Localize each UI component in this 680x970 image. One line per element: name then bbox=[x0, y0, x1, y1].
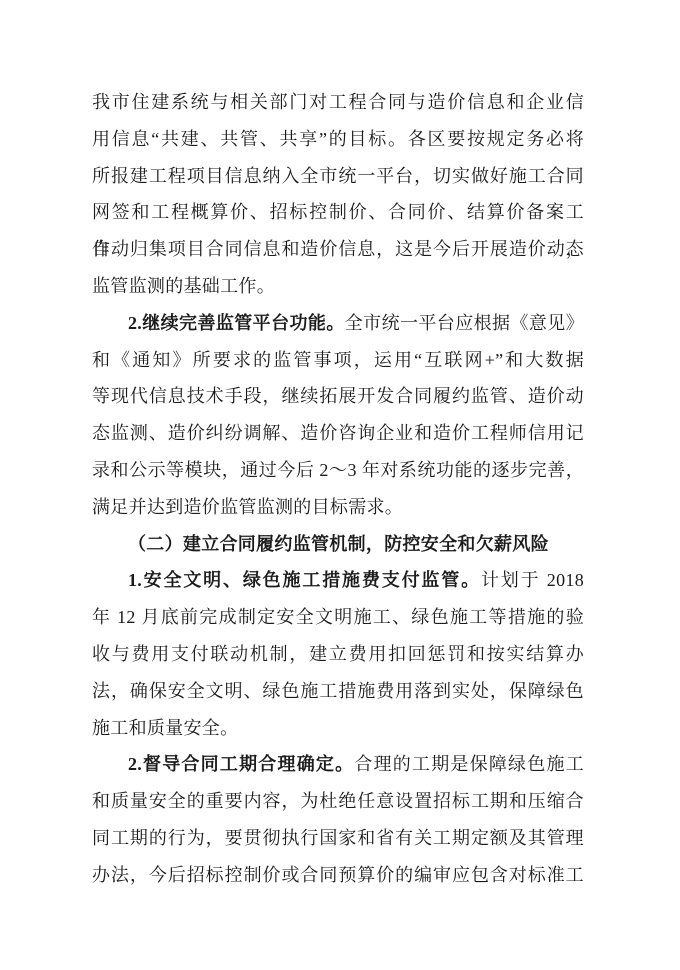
text-run: 办法，今后招标控制价或合同预算价的编审应包含对标准工 bbox=[92, 865, 584, 885]
text-run: 全市统一平台应根据《意见》 bbox=[345, 313, 584, 333]
text-line-12-paragraph-end: 满足并达到造价监管监测的目标需求。 bbox=[92, 489, 584, 526]
paragraph-lead-bold: 1.安全文明、绿色施工措施费支付监管。 bbox=[128, 570, 481, 590]
text-line-11: 录和公示等模块，通过今后 2～3 年对系统功能的逐步完善， bbox=[92, 452, 584, 489]
text-run: 等现代信息技术手段，继续拓展开发合同履约监管、造价动 bbox=[92, 386, 584, 406]
text-run: 和《通知》所要求的监管事项，运用“互联网+”和大数据 bbox=[92, 350, 584, 370]
text-line-21: 同工期的行为，要贯彻执行国家和省有关工期定额及其管理 bbox=[92, 820, 584, 857]
text-run: 用信息“共建、共管、共享”的目标。各区要按规定务必将 bbox=[92, 129, 584, 149]
text-run: 所报建工程项目信息纳入全市统一平台，切实做好施工合同 bbox=[92, 166, 584, 186]
text-line-9: 等现代信息技术手段，继续拓展开发合同履约监管、造价动 bbox=[92, 378, 584, 415]
text-line-1: 我市住建系统与相关部门对工程合同与造价信息和企业信 bbox=[92, 84, 584, 121]
text-line-17: 法，确保安全文明、绿色施工措施费用落到实处，保障绿色 bbox=[92, 673, 584, 710]
text-run: 合理的工期是保障绿色施工 bbox=[354, 754, 584, 774]
text-line-7-paragraph-start: 2.继续完善监管平台功能。全市统一平台应根据《意见》 bbox=[92, 305, 584, 342]
text-run: 年 12 月底前完成制定安全文明施工、绿色施工等措施的验 bbox=[92, 607, 584, 627]
text-run: 法，确保安全文明、绿色施工措施费用落到实处，保障绿色 bbox=[92, 681, 584, 701]
text-line-18-paragraph-end: 施工和质量安全。 bbox=[92, 710, 584, 747]
text-line-14-paragraph-start: 1.安全文明、绿色施工措施费支付监管。计划于 2018 bbox=[92, 562, 584, 599]
text-line-2: 用信息“共建、共管、共享”的目标。各区要按规定务必将 bbox=[92, 121, 584, 158]
text-run: 和质量安全的重要内容，为杜绝任意设置招标工期和压缩合 bbox=[92, 791, 584, 811]
text-run: 我市住建系统与相关部门对工程合同与造价信息和企业信 bbox=[92, 92, 584, 112]
text-run: 同工期的行为，要贯彻执行国家和省有关工期定额及其管理 bbox=[92, 828, 584, 848]
paragraph-lead-bold: 2.继续完善监管平台功能。 bbox=[128, 313, 345, 333]
text-run: 施工和质量安全。 bbox=[92, 718, 238, 738]
text-run: 计划于 2018 bbox=[481, 570, 584, 590]
text-line-10: 态监测、造价纠纷调解、造价咨询企业和造价工程师信用记 bbox=[92, 415, 584, 452]
section-heading: （二）建立合同履约监管机制，防控安全和欠薪风险 bbox=[92, 526, 584, 563]
text-run: 满足并达到造价监管监测的目标需求。 bbox=[92, 497, 403, 517]
text-line-8: 和《通知》所要求的监管事项，运用“互联网+”和大数据 bbox=[92, 342, 584, 379]
document-body: 我市住建系统与相关部门对工程合同与造价信息和企业信 用信息“共建、共管、共享”的… bbox=[92, 84, 584, 894]
text-run: 监管监测的基础工作。 bbox=[92, 276, 275, 296]
text-line-16: 收与费用支付联动机制，建立费用扣回惩罚和按实结算办 bbox=[92, 636, 584, 673]
text-line-19-paragraph-start: 2.督导合同工期合理确定。合理的工期是保障绿色施工 bbox=[92, 746, 584, 783]
text-line-6-paragraph-end: 监管监测的基础工作。 bbox=[92, 268, 584, 305]
paragraph-lead-bold: 2.督导合同工期合理确定。 bbox=[128, 754, 354, 774]
text-line-15: 年 12 月底前完成制定安全文明施工、绿色施工等措施的验 bbox=[92, 599, 584, 636]
text-line-3: 所报建工程项目信息纳入全市统一平台，切实做好施工合同 bbox=[92, 158, 584, 195]
text-line-22: 办法，今后招标控制价或合同预算价的编审应包含对标准工 bbox=[92, 857, 584, 894]
text-run: 录和公示等模块，通过今后 2～3 年对系统功能的逐步完善， bbox=[92, 460, 584, 480]
text-line-20: 和质量安全的重要内容，为杜绝任意设置招标工期和压缩合 bbox=[92, 783, 584, 820]
text-run: 自动归集项目合同信息和造价信息，这是今后开展造价动态 bbox=[92, 239, 584, 259]
heading-text: （二）建立合同履约监管机制，防控安全和欠薪风险 bbox=[128, 534, 549, 554]
text-line-4: 网签和工程概算价、招标控制价、合同价、结算价备案工作， bbox=[92, 194, 584, 231]
text-run: 收与费用支付联动机制，建立费用扣回惩罚和按实结算办 bbox=[92, 644, 584, 664]
text-run: 态监测、造价纠纷调解、造价咨询企业和造价工程师信用记 bbox=[92, 423, 584, 443]
document-page: 我市住建系统与相关部门对工程合同与造价信息和企业信 用信息“共建、共管、共享”的… bbox=[0, 0, 680, 970]
text-line-5: 自动归集项目合同信息和造价信息，这是今后开展造价动态 bbox=[92, 231, 584, 268]
